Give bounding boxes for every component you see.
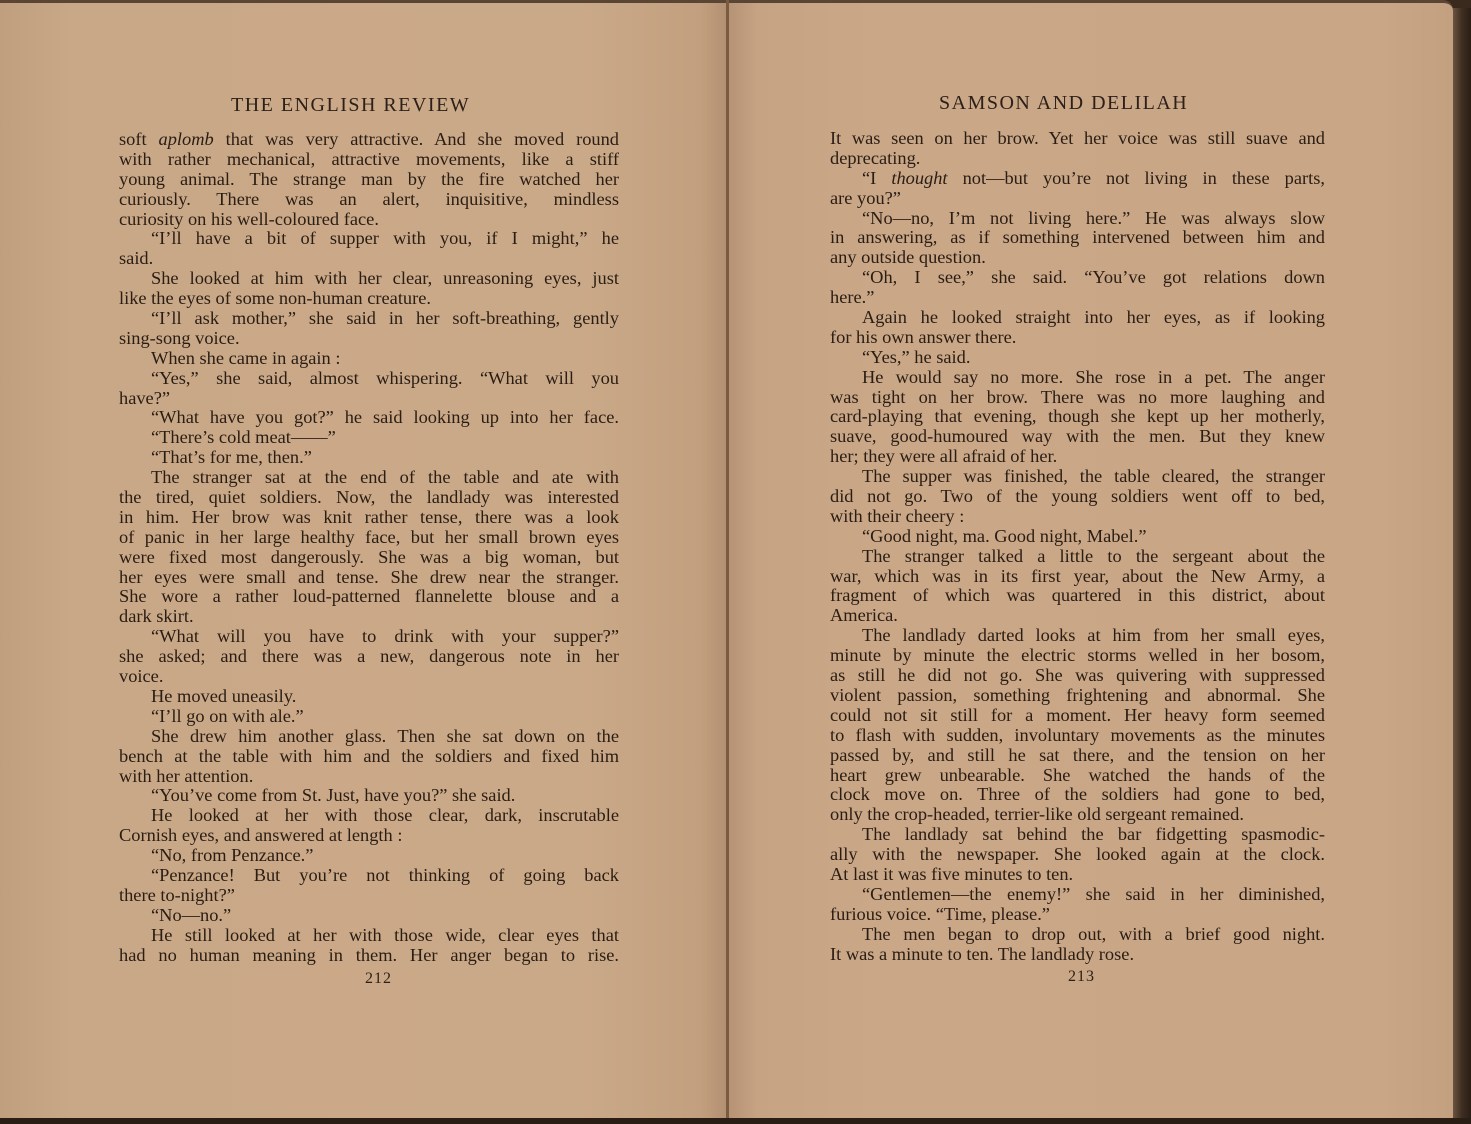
text-line: “Gentlemen—the enemy!” she said in her d… bbox=[830, 885, 1325, 905]
text-line: heart grew unbearable. She watched the h… bbox=[830, 766, 1325, 786]
text-line: “Good night, ma. Good night, Mabel.” bbox=[830, 527, 1325, 547]
text-line: fragment of which was quartered in this … bbox=[830, 586, 1325, 606]
text-line: The stranger sat at the end of the table… bbox=[119, 468, 619, 488]
left-page: THE ENGLISH REVIEW soft aplomb that was … bbox=[0, 0, 729, 1124]
body-text: It was seen on her brow. Yet her voice w… bbox=[830, 129, 1325, 964]
text-line: are you?” bbox=[830, 189, 1325, 209]
text-line: ally with the newspaper. She looked agai… bbox=[830, 845, 1325, 865]
text-line: She drew him another glass. Then she sat… bbox=[119, 727, 619, 747]
text-line: with their cheery : bbox=[830, 507, 1325, 527]
page-number: 213 bbox=[1068, 968, 1095, 986]
text-line: Cornish eyes, and answered at length : bbox=[119, 826, 619, 846]
book-spread: THE ENGLISH REVIEW soft aplomb that was … bbox=[0, 0, 1471, 1124]
book-bottom-edge bbox=[0, 1118, 1471, 1124]
text-line: had no human meaning in them. Her anger … bbox=[119, 946, 619, 966]
text-line: “I’ll go on with ale.” bbox=[119, 707, 619, 727]
text-line: here.” bbox=[830, 288, 1325, 308]
text-line: card-playing that evening, though she ke… bbox=[830, 407, 1325, 427]
text-line: said. bbox=[119, 249, 619, 269]
text-line: It was seen on her brow. Yet her voice w… bbox=[830, 129, 1325, 149]
text-line: “That’s for me, then.” bbox=[119, 448, 619, 468]
text-line: Again he looked straight into her eyes, … bbox=[830, 308, 1325, 328]
text-line: “I thought not—but you’re not living in … bbox=[830, 169, 1325, 189]
text-line: with rather mechanical, attractive movem… bbox=[119, 150, 619, 170]
text-line: clock move on. Three of the soldiers had… bbox=[830, 785, 1325, 805]
text-line: “Yes,” she said, almost whispering. “Wha… bbox=[119, 369, 619, 389]
text-line: minute by minute the electric storms wel… bbox=[830, 646, 1325, 666]
text-line: have?” bbox=[119, 389, 619, 409]
text-line: to flash with sudden, involuntary moveme… bbox=[830, 726, 1325, 746]
page-edges bbox=[1453, 8, 1471, 1124]
text-line: was tight on her brow. There was no more… bbox=[830, 388, 1325, 408]
text-line: He moved uneasily. bbox=[119, 687, 619, 707]
text-line: It was a minute to ten. The landlady ros… bbox=[830, 945, 1325, 965]
text-line: her; they were all afraid of her. bbox=[830, 447, 1325, 467]
text-line: “I’ll ask mother,” she said in her soft-… bbox=[119, 309, 619, 329]
text-line: for his own answer there. bbox=[830, 328, 1325, 348]
text-line: “There’s cold meat——” bbox=[119, 428, 619, 448]
text-line: America. bbox=[830, 606, 1325, 626]
text-line: “What will you have to drink with your s… bbox=[119, 627, 619, 647]
text-line: deprecating. bbox=[830, 149, 1325, 169]
text-line: furious voice. “Time, please.” bbox=[830, 905, 1325, 925]
text-line: the tired, quiet soldiers. Now, the land… bbox=[119, 488, 619, 508]
text-line: voice. bbox=[119, 667, 619, 687]
text-line: war, which was in its first year, about … bbox=[830, 567, 1325, 587]
text-line: dark skirt. bbox=[119, 607, 619, 627]
text-line: soft aplomb that was very attractive. An… bbox=[119, 130, 619, 150]
text-line: The men began to drop out, with a brief … bbox=[830, 925, 1325, 945]
text-line: He still looked at her with those wide, … bbox=[119, 926, 619, 946]
text-line: only the crop-headed, terrier-like old s… bbox=[830, 805, 1325, 825]
text-line: suave, good-humoured way with the men. B… bbox=[830, 427, 1325, 447]
text-line: in him. Her brow was knit rather tense, … bbox=[119, 508, 619, 528]
text-line: of panic in her large healthy face, but … bbox=[119, 528, 619, 548]
text-line: “Oh, I see,” she said. “You’ve got relat… bbox=[830, 268, 1325, 288]
text-line: in answering, as if something intervened… bbox=[830, 228, 1325, 248]
right-page: SAMSON AND DELILAH It was seen on her br… bbox=[729, 0, 1453, 1124]
text-line: with her attention. bbox=[119, 767, 619, 787]
text-line: He looked at her with those clear, dark,… bbox=[119, 806, 619, 826]
text-line: there to-night?” bbox=[119, 886, 619, 906]
text-line: “No—no.” bbox=[119, 906, 619, 926]
text-line: violent passion, something frightening a… bbox=[830, 686, 1325, 706]
text-line: she asked; and there was a new, dangerou… bbox=[119, 647, 619, 667]
text-line: curiously. There was an alert, inquisiti… bbox=[119, 190, 619, 210]
text-line: At last it was five minutes to ten. bbox=[830, 865, 1325, 885]
text-line: curiosity on his well-coloured face. bbox=[119, 210, 619, 230]
text-line: “What have you got?” he said looking up … bbox=[119, 408, 619, 428]
running-head: THE ENGLISH REVIEW bbox=[231, 94, 470, 117]
text-line: passed by, and still he sat there, and t… bbox=[830, 746, 1325, 766]
text-line: were fixed most dangerously. She was a b… bbox=[119, 548, 619, 568]
text-line: She wore a rather loud-patterned flannel… bbox=[119, 587, 619, 607]
text-line: sing-song voice. bbox=[119, 329, 619, 349]
text-line: like the eyes of some non-human creature… bbox=[119, 289, 619, 309]
text-line: The stranger talked a little to the serg… bbox=[830, 547, 1325, 567]
body-text: soft aplomb that was very attractive. An… bbox=[119, 130, 619, 965]
text-line: any outside question. bbox=[830, 248, 1325, 268]
text-line: “Penzance! But you’re not thinking of go… bbox=[119, 866, 619, 886]
text-line: “I’ll have a bit of supper with you, if … bbox=[119, 229, 619, 249]
text-line: When she came in again : bbox=[119, 349, 619, 369]
text-line: young animal. The strange man by the fir… bbox=[119, 170, 619, 190]
page-number: 212 bbox=[365, 970, 392, 988]
text-line: The landlady darted looks at him from he… bbox=[830, 626, 1325, 646]
text-line: did not go. Two of the young soldiers we… bbox=[830, 487, 1325, 507]
text-line: “No, from Penzance.” bbox=[119, 846, 619, 866]
text-line: “You’ve come from St. Just, have you?” s… bbox=[119, 786, 619, 806]
text-line: The landlady sat behind the bar fidgetti… bbox=[830, 825, 1325, 845]
text-line: as still he did not go. She was quiverin… bbox=[830, 666, 1325, 686]
running-head: SAMSON AND DELILAH bbox=[939, 92, 1188, 115]
text-line: could not sit still for a moment. Her he… bbox=[830, 706, 1325, 726]
text-line: “Yes,” he said. bbox=[830, 348, 1325, 368]
text-line: He would say no more. She rose in a pet.… bbox=[830, 368, 1325, 388]
text-line: She looked at him with her clear, unreas… bbox=[119, 269, 619, 289]
text-line: bench at the table with him and the sold… bbox=[119, 747, 619, 767]
text-line: The supper was finished, the table clear… bbox=[830, 467, 1325, 487]
text-line: “No—no, I’m not living here.” He was alw… bbox=[830, 209, 1325, 229]
text-line: her eyes were small and tense. She drew … bbox=[119, 568, 619, 588]
